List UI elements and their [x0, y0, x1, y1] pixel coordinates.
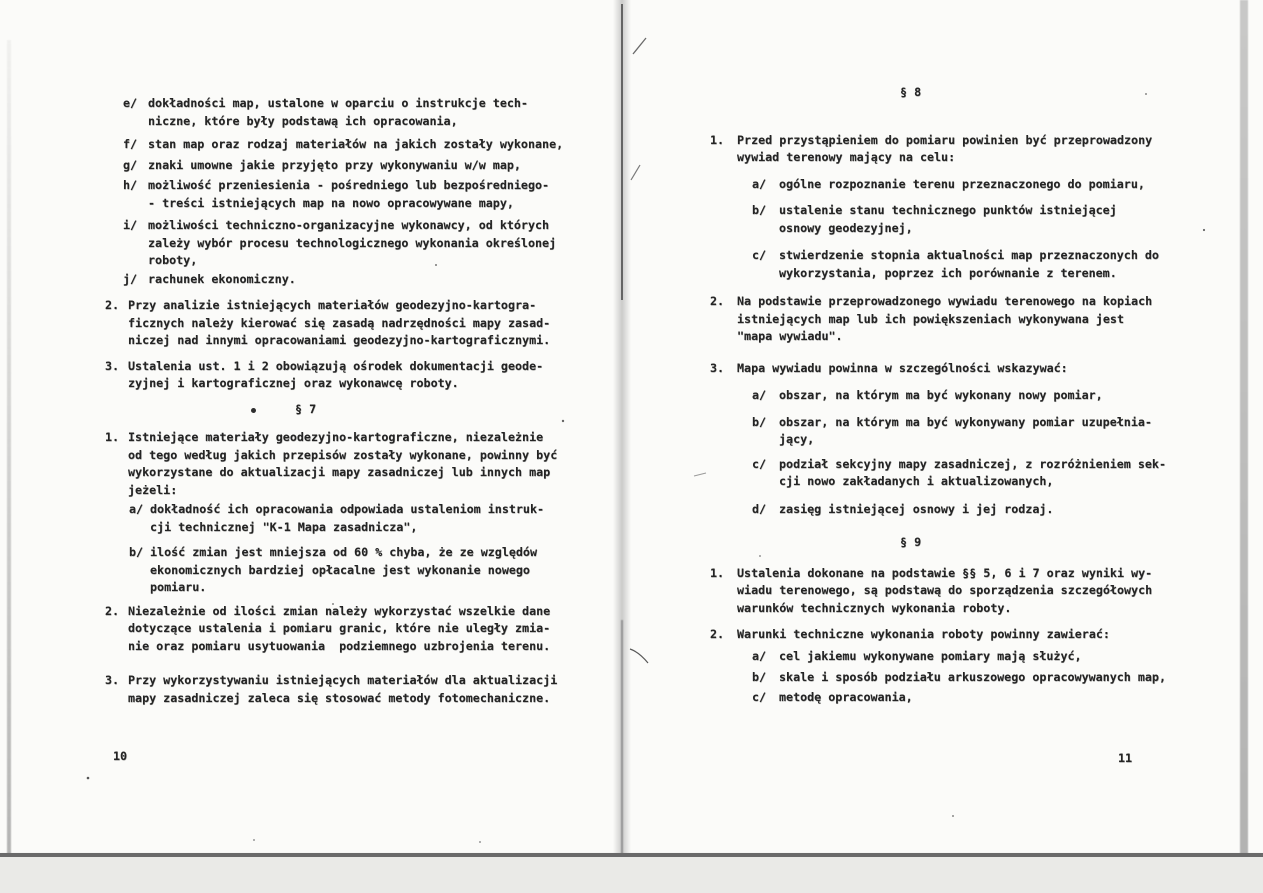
list-item: 1. Ustalenia dokonane na podstawie §§ 5,… [710, 565, 1192, 618]
item-label: 1. [710, 132, 737, 150]
scratch-mark [631, 165, 640, 180]
item-text: skale i sposób podziału arkuszowego opra… [779, 669, 1166, 687]
list-item: g/ znaki umowne jakie przyjęto przy wyko… [123, 157, 570, 175]
list-item: 2. Warunki techniczne wykonania roboty p… [710, 626, 1192, 644]
item-label: 3. [710, 360, 737, 378]
list-item: 1. Przed przystąpieniem do pomiaru powin… [710, 132, 1192, 167]
item-label: 1. [105, 429, 128, 447]
item-text: Ustalenia ust. 1 i 2 obowiązują ośrodek … [128, 358, 543, 393]
list-item: e/ dokładności map, ustalone w oparciu o… [123, 95, 570, 130]
item-text: Przy wykorzystywaniu istniejących materi… [128, 672, 557, 707]
scratch-mark [694, 473, 706, 476]
item-text: Ustalenia dokonane na podstawie §§ 5, 6 … [737, 565, 1152, 618]
section-header: § 7 [105, 401, 570, 419]
list-item: 1. Istniejące materiały geodezyjno-karto… [105, 429, 570, 499]
item-label: b/ [752, 202, 779, 220]
item-text: Istniejące materiały geodezyjno-kartogra… [128, 429, 557, 499]
item-text: cel jakiemu wykonywane pomiary mają służ… [779, 648, 1082, 666]
list-item: a/ dokładność ich opracowania odpowiada … [129, 501, 570, 536]
item-text: Na podstawie przeprowadzonego wywiadu te… [737, 293, 1152, 346]
item-label: a/ [752, 387, 779, 405]
page-edge-left [7, 40, 11, 855]
item-text: stwierdzenie stopnia aktualności map prz… [779, 247, 1159, 282]
item-text: podział sekcyjny mapy zasadniczej, z roz… [779, 456, 1166, 491]
item-label: 3. [105, 672, 128, 690]
item-label: 3. [105, 358, 128, 376]
item-label: 2. [710, 293, 737, 311]
list-item: 2. Niezależnie od ilości zmian należy wy… [105, 603, 570, 656]
page-number: 11 [1118, 750, 1132, 768]
scan-bed-strip [0, 857, 1263, 893]
section-header: § 9 [710, 534, 1192, 552]
stray-ink-dot [251, 408, 256, 413]
list-item: 2. Przy analizie istniejących materiałów… [105, 297, 570, 350]
section-header-text: § 8 [900, 85, 921, 99]
item-text: Przed przystąpieniem do pomiaru powinien… [737, 132, 1152, 167]
page-right: § 8 1. Przed przystąpieniem do pomiaru p… [710, 84, 1192, 706]
list-item: h/ możliwość przeniesienia - pośredniego… [123, 177, 570, 212]
list-item: c/ stwierdzenie stopnia aktualności map … [752, 247, 1192, 282]
ink-speck [1203, 229, 1205, 231]
list-item: b/ obszar, na którym ma być wykonywany p… [752, 414, 1192, 449]
list-item: d/ zasięg istniejącej osnowy i jej rodza… [752, 501, 1192, 519]
list-item: b/ skale i sposób podziału arkuszowego o… [752, 669, 1192, 687]
item-text: Przy analizie istniejących materiałów ge… [128, 297, 550, 350]
item-label: d/ [752, 501, 779, 519]
item-label: c/ [752, 689, 779, 707]
page-number: 10 [113, 748, 127, 766]
item-text: ogólne rozpoznanie terenu przeznaczonego… [779, 176, 1145, 194]
item-label: b/ [752, 669, 779, 687]
item-label: b/ [129, 544, 150, 562]
ink-speck [87, 777, 90, 780]
item-text: rachunek ekonomiczny. [148, 271, 296, 289]
item-text: znaki umowne jakie przyjęto przy wykonyw… [148, 157, 521, 175]
item-label: 2. [105, 603, 128, 621]
list-item: c/ metodę opracowania, [752, 689, 1192, 707]
item-label: c/ [752, 247, 779, 265]
item-label: a/ [752, 176, 779, 194]
item-label: h/ [123, 177, 148, 195]
item-label: 1. [710, 565, 737, 583]
item-text: zasięg istniejącej osnowy i jej rodzaj. [779, 501, 1053, 519]
item-label: a/ [752, 648, 779, 666]
item-label: e/ [123, 95, 148, 113]
ink-speck [253, 839, 255, 841]
item-label: 2. [105, 297, 128, 315]
item-text: obszar, na którym ma być wykonany nowy p… [779, 387, 1103, 405]
ink-speck [952, 815, 954, 817]
item-text: Niezależnie od ilości zmian należy wykor… [128, 603, 550, 656]
list-item: i/ możliwości techniczno-organizacyjne w… [123, 217, 570, 270]
scratch-mark [630, 649, 648, 663]
center-fold-line-bottom [621, 620, 623, 856]
section-header-text: § 7 [295, 402, 316, 416]
list-item: c/ podział sekcyjny mapy zasadniczej, z … [752, 456, 1192, 491]
list-item: 3. Ustalenia ust. 1 i 2 obowiązują ośrod… [105, 358, 570, 393]
item-text: możliwość przeniesienia - pośredniego lu… [148, 177, 549, 212]
item-text: Mapa wywiadu powinna w szczególności wsk… [737, 360, 1068, 378]
page-edge-right [1240, 0, 1248, 855]
item-text: możliwości techniczno-organizacyjne wyko… [148, 217, 556, 270]
list-item: j/ rachunek ekonomiczny. [123, 271, 570, 289]
item-text: Warunki techniczne wykonania roboty powi… [737, 626, 1110, 644]
item-label: j/ [123, 271, 148, 289]
item-label: c/ [752, 456, 779, 474]
item-label: 2. [710, 626, 737, 644]
item-label: f/ [123, 136, 148, 154]
page-left: e/ dokładności map, ustalone w oparciu o… [105, 95, 570, 707]
item-label: a/ [129, 501, 150, 519]
list-item: a/ obszar, na którym ma być wykonany now… [752, 387, 1192, 405]
item-text: ustalenie stanu technicznego punktów ist… [779, 202, 1117, 237]
list-item: 2. Na podstawie przeprowadzonego wywiadu… [710, 293, 1192, 346]
item-text: metodę opracowania, [779, 689, 913, 707]
list-item: a/ cel jakiemu wykonywane pomiary mają s… [752, 648, 1192, 666]
section-header-text: § 9 [900, 535, 921, 549]
item-label: g/ [123, 157, 148, 175]
list-item: b/ ustalenie stanu technicznego punktów … [752, 202, 1192, 237]
item-text: dokładności map, ustalone w oparciu o in… [148, 95, 528, 130]
item-label: i/ [123, 217, 148, 235]
item-text: dokładność ich opracowania odpowiada ust… [150, 501, 544, 536]
item-text: ilość zmian jest mniejsza od 60 % chyba,… [150, 544, 537, 597]
item-text: obszar, na którym ma być wykonywany pomi… [779, 414, 1152, 449]
scanned-document-spread: e/ dokładności map, ustalone w oparciu o… [0, 0, 1263, 893]
list-item: a/ ogólne rozpoznanie terenu przeznaczon… [752, 176, 1192, 194]
scratch-mark [633, 38, 646, 54]
list-item: f/ stan map oraz rodzaj materiałów na ja… [123, 136, 570, 154]
list-item: 3. Mapa wywiadu powinna w szczególności … [710, 360, 1192, 378]
list-item: 3. Przy wykorzystywaniu istniejących mat… [105, 672, 570, 707]
section-header: § 8 [710, 84, 1192, 102]
center-fold-line-top [621, 4, 623, 300]
list-item: b/ ilość zmian jest mniejsza od 60 % chy… [129, 544, 570, 597]
item-label: b/ [752, 414, 779, 432]
item-text: stan map oraz rodzaj materiałów na jakic… [148, 136, 563, 154]
ink-speck [479, 841, 481, 843]
